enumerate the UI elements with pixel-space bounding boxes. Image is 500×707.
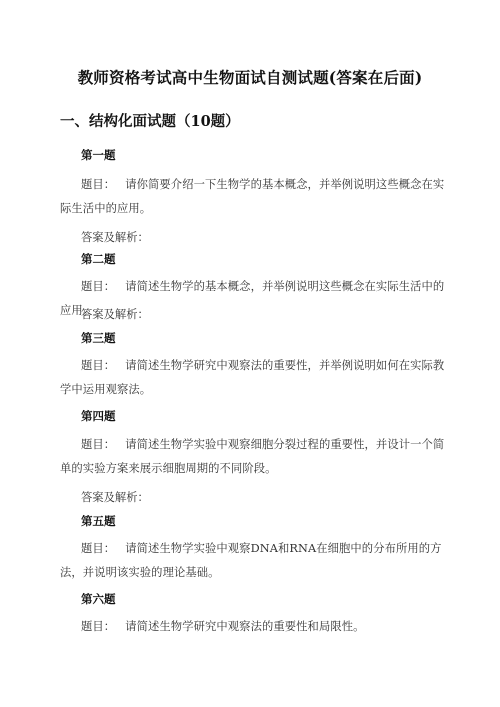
question-4-answer: 答案及解析：: [81, 489, 149, 505]
question-6-heading: 第六题: [81, 591, 116, 607]
question-4-text: 题目：请简述生物学实验中观察细胞分裂过程的重要性，并设计一个简单的实验方案来展示…: [60, 433, 452, 481]
section-heading: 一、结构化面试题（10题）: [60, 110, 240, 131]
question-4-body: 请简述生物学实验中观察细胞分裂过程的重要性，并设计一个简单的实验方案来展示细胞周…: [60, 438, 444, 475]
document-title: 教师资格考试高中生物面试自测试题(答案在后面): [0, 66, 500, 88]
question-label: 题目：: [81, 178, 115, 191]
question-3-heading: 第三题: [81, 330, 116, 346]
question-5-heading: 第五题: [81, 513, 116, 529]
question-3-body: 请简述生物学研究中观察法的重要性，并举例说明如何在实际教学中运用观察法。: [60, 359, 444, 396]
question-6-body: 请简述生物学研究中观察法的重要性和局限性。: [125, 620, 364, 633]
question-5-body: 请简述生物学实验中观察DNA和RNA在细胞中的分布所用的方法，并说明该实验的理论…: [60, 542, 442, 579]
question-label: 题目：: [81, 280, 115, 293]
question-label: 题目：: [81, 438, 115, 451]
question-label: 题目：: [81, 359, 115, 372]
question-6-text: 题目：请简述生物学研究中观察法的重要性和局限性。: [60, 615, 452, 639]
document-page: 教师资格考试高中生物面试自测试题(答案在后面) 一、结构化面试题（10题） 第一…: [0, 0, 500, 707]
question-4-heading: 第四题: [81, 408, 116, 424]
question-1-body: 请你简要介绍一下生物学的基本概念，并举例说明这些概念在实际生活中的应用。: [60, 178, 444, 215]
question-1-heading: 第一题: [81, 147, 116, 163]
question-2-answer: 答案及解析：: [81, 306, 149, 322]
question-2-heading: 第二题: [81, 251, 116, 267]
question-1-answer: 答案及解析：: [81, 229, 149, 245]
question-label: 题目：: [81, 542, 115, 555]
question-label: 题目：: [81, 620, 115, 633]
question-5-text: 题目：请简述生物学实验中观察DNA和RNA在细胞中的分布所用的方法，并说明该实验…: [60, 537, 452, 585]
question-3-text: 题目：请简述生物学研究中观察法的重要性，并举例说明如何在实际教学中运用观察法。: [60, 354, 452, 402]
question-1-text: 题目：请你简要介绍一下生物学的基本概念，并举例说明这些概念在实际生活中的应用。: [60, 173, 452, 221]
